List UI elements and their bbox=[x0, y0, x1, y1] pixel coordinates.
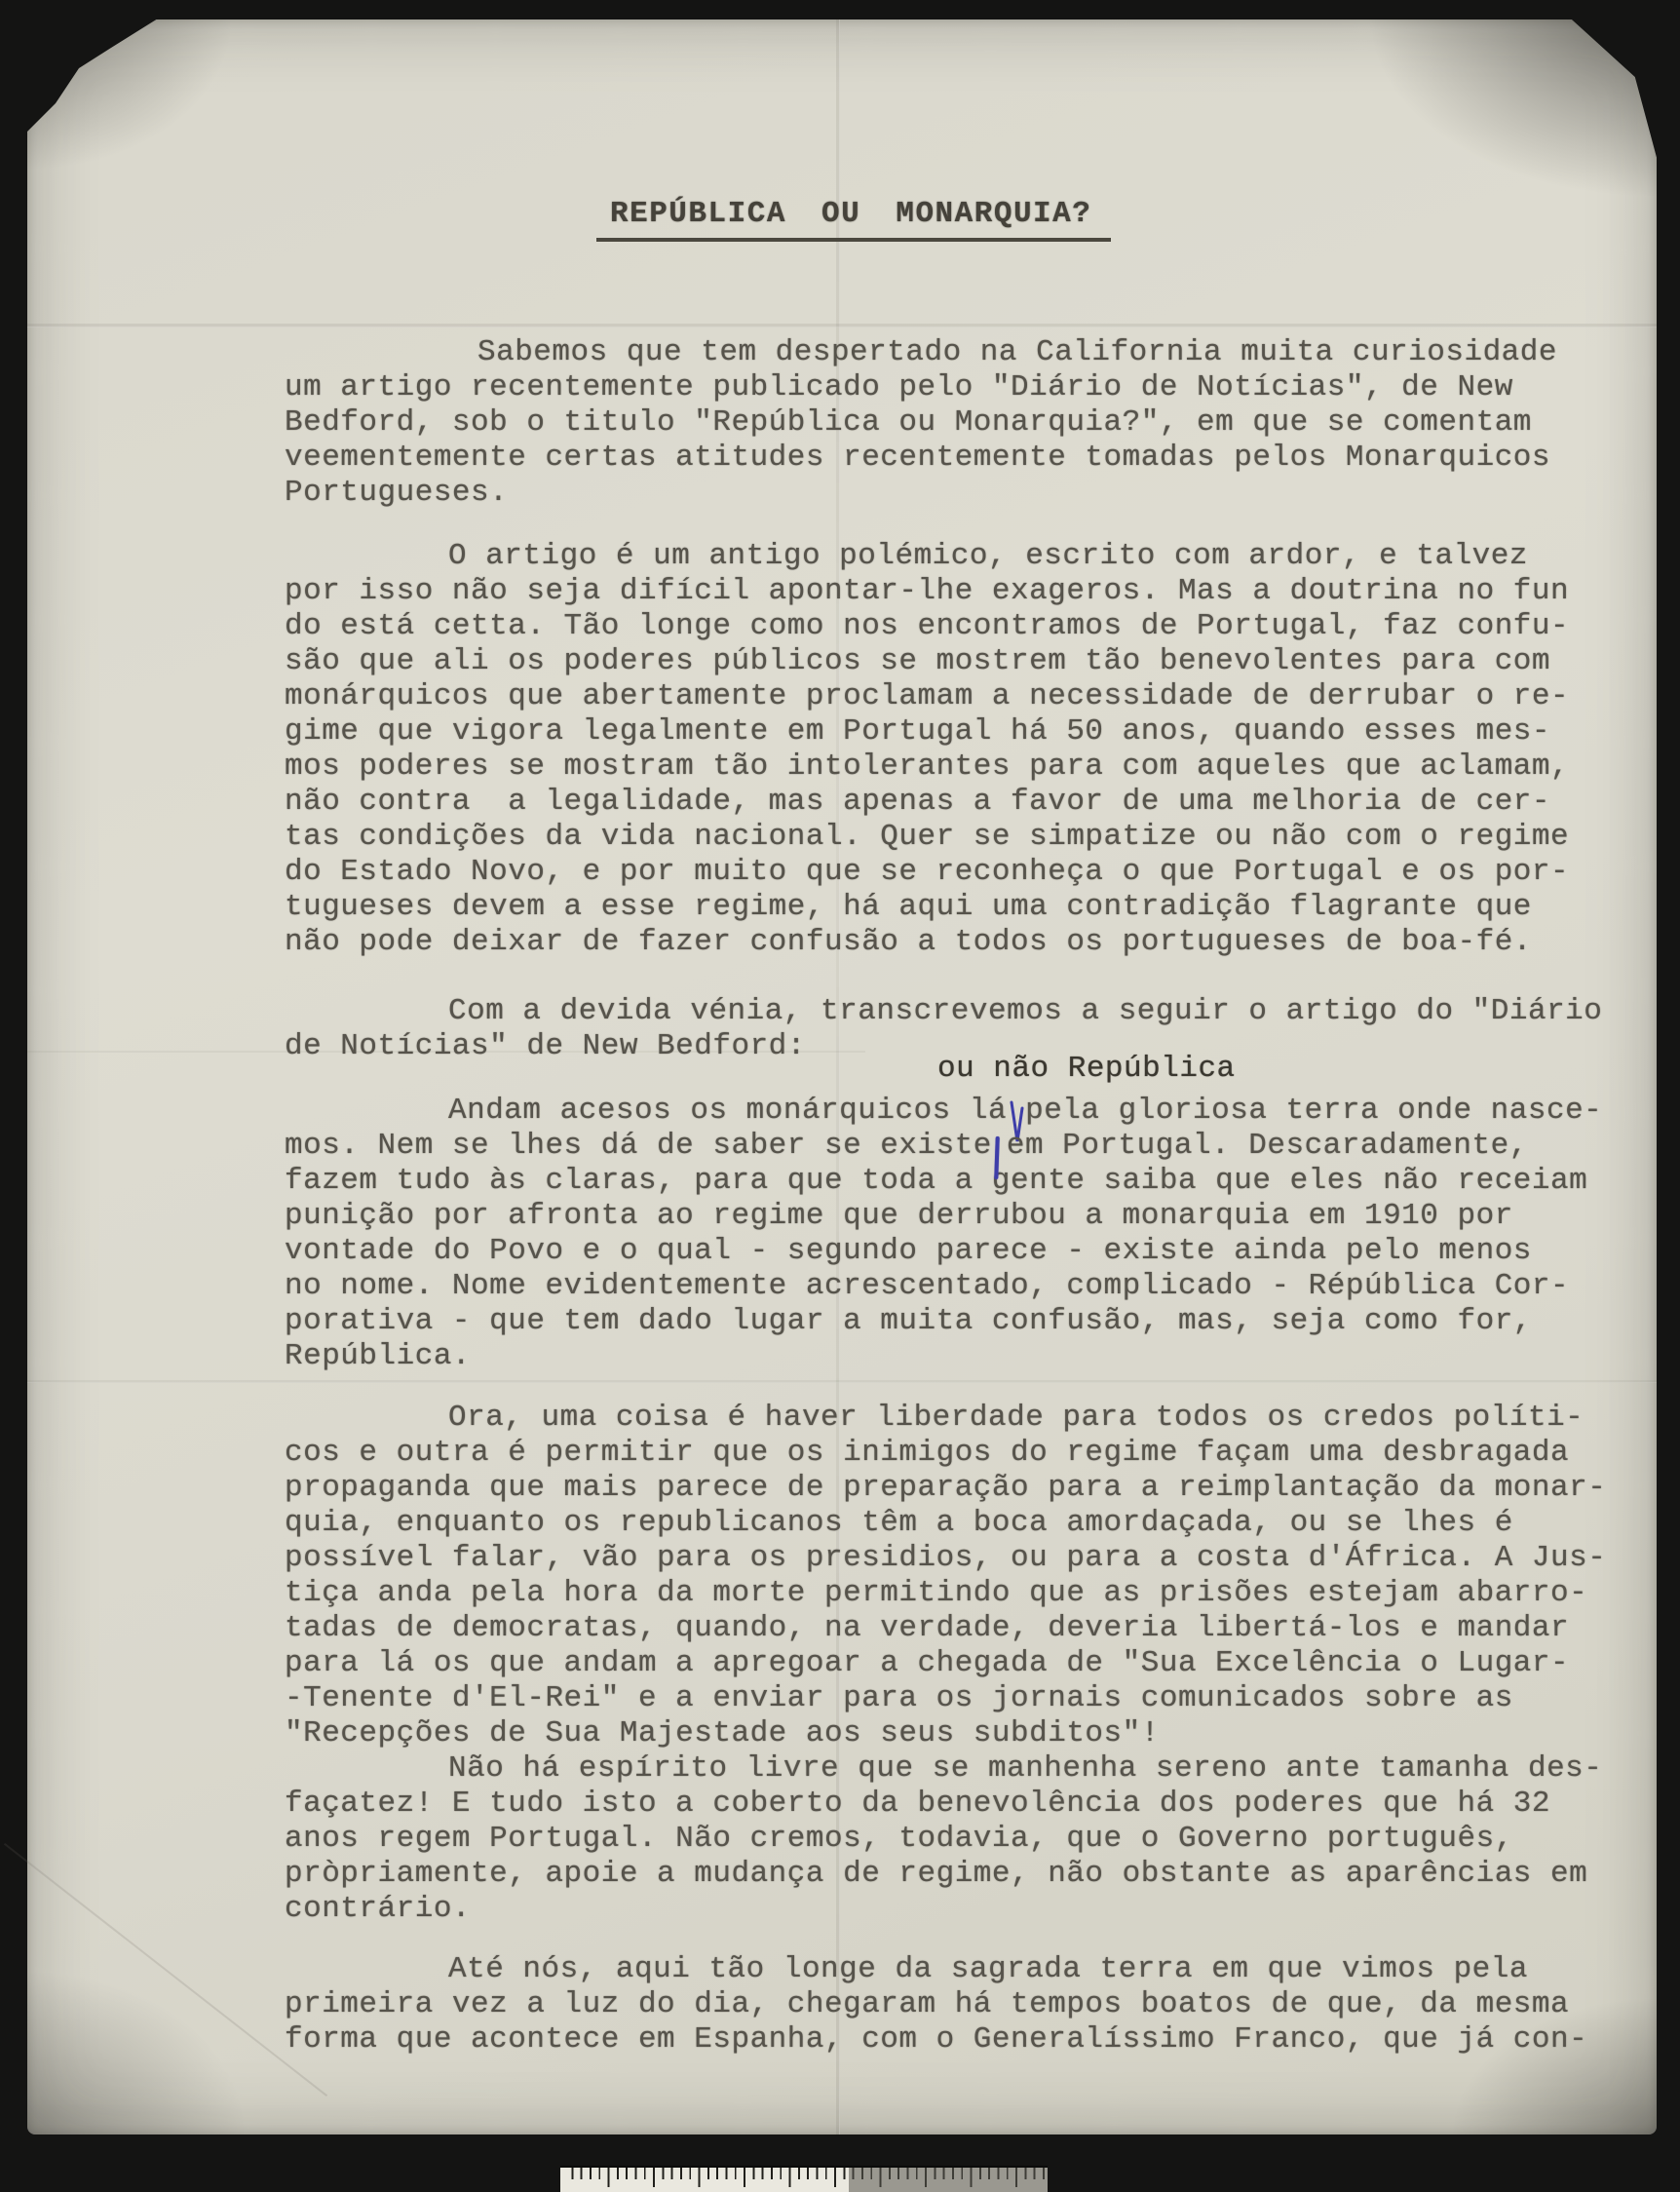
text-line: O artigo é um antigo polémico, escrito c… bbox=[285, 539, 1668, 574]
text-line: propaganda que mais parece de preparação… bbox=[285, 1471, 1668, 1506]
paragraph-7: Até nós, aqui tão longe da sagrada terra… bbox=[285, 1952, 1668, 2057]
text-line: por isso não seja difícil apontar-lhe ex… bbox=[285, 574, 1668, 609]
text-line: anos regem Portugal. Não cremos, todavia… bbox=[285, 1822, 1668, 1857]
text-line: quia, enquanto os republicanos têm a boc… bbox=[285, 1506, 1668, 1541]
text-line: mos poderes se mostram tão intolerantes … bbox=[285, 750, 1668, 785]
text-line: para lá os que andam a apregoar a chegad… bbox=[285, 1646, 1668, 1681]
text-line: Até nós, aqui tão longe da sagrada terra… bbox=[285, 1952, 1668, 1987]
text-line: não pode deixar de fazer confusão a todo… bbox=[285, 925, 1668, 960]
ruler-shadow bbox=[849, 2168, 1048, 2192]
text-line: Ora, uma coisa é haver liberdade para to… bbox=[285, 1401, 1668, 1436]
text-line: do está cetta. Tão longe como nos encont… bbox=[285, 609, 1668, 644]
scale-ruler bbox=[560, 2166, 1048, 2192]
text-line: um artigo recentemente publicado pelo "D… bbox=[285, 370, 1668, 405]
text-line: cos e outra é permitir que os inimigos d… bbox=[285, 1436, 1668, 1471]
text-segment: Andam acesos os monárquicos lá bbox=[448, 1094, 1007, 1128]
text-line: pròpriamente, apoie a mudança de regime,… bbox=[285, 1857, 1668, 1892]
text-line: no nome. Nome evidentemente acrescentado… bbox=[285, 1269, 1668, 1304]
text-line: punição por afronta ao regime que derrub… bbox=[285, 1199, 1668, 1234]
text-line: vontade do Povo e o qual - segundo parec… bbox=[285, 1234, 1668, 1269]
text-line-with-caret: Andam acesos os monárquicos lápela glori… bbox=[285, 1094, 1668, 1129]
text-line: façatez! E tudo isto a coberto da benevo… bbox=[285, 1787, 1668, 1822]
text-line: tiça anda pela hora da morte permitindo … bbox=[285, 1576, 1668, 1611]
text-line: Portugueses. bbox=[285, 476, 1668, 511]
text-line: gime que vigora legalmente em Portugal h… bbox=[285, 714, 1668, 750]
text-line: não contra a legalidade, mas apenas a fa… bbox=[285, 785, 1668, 820]
text-line: Não há espírito livre que se manhenha se… bbox=[285, 1751, 1668, 1787]
text-line: tugueses devem a esse regime, há aqui um… bbox=[285, 890, 1668, 925]
text-line: do Estado Novo, e por muito que se recon… bbox=[285, 855, 1668, 890]
text-line: monárquicos que abertamente proclamam a … bbox=[285, 679, 1668, 714]
text-line: República. bbox=[285, 1339, 1668, 1374]
paragraph-4: Andam acesos os monárquicos lápela glori… bbox=[285, 1094, 1668, 1374]
text-line: -Tenente d'El-Rei" e a enviar para os jo… bbox=[285, 1681, 1668, 1716]
photo-backdrop: REPÚBLICA OU MONARQUIA? Sabemos que tem … bbox=[0, 0, 1680, 2192]
text-line: primeira vez a luz do dia, chegaram há t… bbox=[285, 1987, 1668, 2022]
text-line: forma que acontece em Espanha, com o Gen… bbox=[285, 2022, 1668, 2057]
text-line: porativa - que tem dado lugar a muita co… bbox=[285, 1304, 1668, 1339]
text-segment: pela gloriosa terra onde nasce- bbox=[1025, 1094, 1602, 1128]
text-line: "Recepções de Sua Majestade aos seus sub… bbox=[285, 1716, 1668, 1751]
text-segment: mos. Nem se lhes dá de saber se existe bbox=[285, 1129, 992, 1163]
text-line: veementemente certas atitudes recentemen… bbox=[285, 441, 1668, 476]
text-line: Sabemos que tem despertado na California… bbox=[285, 335, 1668, 370]
paragraph-5: Ora, uma coisa é haver liberdade para to… bbox=[285, 1401, 1668, 1751]
typed-insertion-note: ou não República bbox=[937, 1052, 1236, 1086]
text-line: são que ali os poderes públicos se mostr… bbox=[285, 644, 1668, 679]
text-line: fazem tudo às claras, para que toda a ge… bbox=[285, 1164, 1668, 1199]
text-line: tadas de democratas, quando, na verdade,… bbox=[285, 1611, 1668, 1646]
page-title: REPÚBLICA OU MONARQUIA? bbox=[596, 197, 1111, 242]
text-line: Com a devida vénia, transcrevemos a segu… bbox=[285, 994, 1668, 1029]
text-line-with-mark: mos. Nem se lhes dá de saber se existeem… bbox=[285, 1129, 1668, 1164]
text-line: Bedford, sob o titulo "República ou Mona… bbox=[285, 405, 1668, 441]
paragraph-6: Não há espírito livre que se manhenha se… bbox=[285, 1751, 1668, 1927]
text-line: contrário. bbox=[285, 1892, 1668, 1927]
text-line: possível falar, vão para os presidios, o… bbox=[285, 1541, 1668, 1576]
paragraph-1: Sabemos que tem despertado na California… bbox=[285, 335, 1668, 511]
paragraph-2: O artigo é um antigo polémico, escrito c… bbox=[285, 539, 1668, 960]
text-line: tas condições da vida nacional. Quer se … bbox=[285, 820, 1668, 855]
text-segment: em Portugal. Descaradamente, bbox=[1007, 1129, 1528, 1163]
